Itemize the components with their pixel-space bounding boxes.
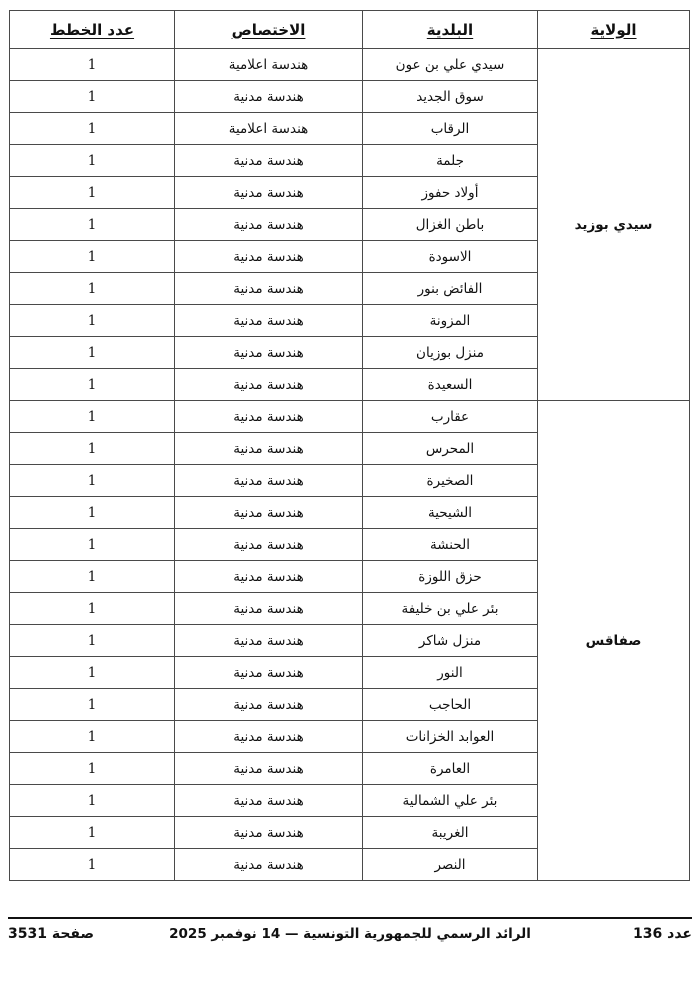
municipality-cell: جلمة: [363, 145, 538, 177]
municipality-cell: الفائض بنور: [363, 273, 538, 305]
specialty-cell: هندسة مدنية: [175, 241, 363, 273]
positions-count-cell: 1: [10, 49, 175, 81]
positions-count-cell: 1: [10, 369, 175, 401]
positions-count-cell: 1: [10, 657, 175, 689]
table-body: سيدي بوزيدسيدي علي بن عونهندسة اعلامية1س…: [10, 49, 690, 881]
positions-count-cell: 1: [10, 433, 175, 465]
municipality-cell: عقارب: [363, 401, 538, 433]
specialty-cell: هندسة مدنية: [175, 593, 363, 625]
municipality-cell: الرقاب: [363, 113, 538, 145]
municipality-cell: سوق الجديد: [363, 81, 538, 113]
municipality-cell: الحنشة: [363, 529, 538, 561]
positions-count-cell: 1: [10, 625, 175, 657]
positions-count-cell: 1: [10, 849, 175, 881]
specialty-cell: هندسة مدنية: [175, 433, 363, 465]
specialty-cell: هندسة مدنية: [175, 401, 363, 433]
journal-title: الرائد الرسمي للجمهورية التونسية — 14 نو…: [148, 926, 552, 942]
positions-count-cell: 1: [10, 785, 175, 817]
positions-count-cell: 1: [10, 401, 175, 433]
specialty-cell: هندسة مدنية: [175, 305, 363, 337]
header-wilaya: الولاية: [538, 11, 690, 49]
positions-count-cell: 1: [10, 529, 175, 561]
positions-table: الولاية البلدية الاختصاص عدد الخطط سيدي …: [9, 10, 690, 881]
positions-count-cell: 1: [10, 113, 175, 145]
header-municipality: البلدية: [363, 11, 538, 49]
specialty-cell: هندسة مدنية: [175, 209, 363, 241]
header-positions: عدد الخطط: [10, 11, 175, 49]
municipality-cell: سيدي علي بن عون: [363, 49, 538, 81]
municipality-cell: الغريبة: [363, 817, 538, 849]
specialty-cell: هندسة اعلامية: [175, 113, 363, 145]
municipality-cell: منزل شاكر: [363, 625, 538, 657]
page-number: صفحة 3531: [8, 926, 148, 942]
municipality-cell: النصر: [363, 849, 538, 881]
municipality-cell: الشيحية: [363, 497, 538, 529]
municipality-cell: حزق اللوزة: [363, 561, 538, 593]
municipality-cell: المحرس: [363, 433, 538, 465]
positions-count-cell: 1: [10, 753, 175, 785]
specialty-cell: هندسة مدنية: [175, 273, 363, 305]
specialty-cell: هندسة مدنية: [175, 689, 363, 721]
specialty-cell: هندسة مدنية: [175, 145, 363, 177]
table-row: صفاقسعقاربهندسة مدنية1: [10, 401, 690, 433]
specialty-cell: هندسة مدنية: [175, 81, 363, 113]
specialty-cell: هندسة مدنية: [175, 177, 363, 209]
specialty-cell: هندسة مدنية: [175, 497, 363, 529]
specialty-cell: هندسة مدنية: [175, 465, 363, 497]
header-specialty: الاختصاص: [175, 11, 363, 49]
specialty-cell: هندسة مدنية: [175, 529, 363, 561]
gazette-page: الولاية البلدية الاختصاص عدد الخطط سيدي …: [0, 0, 700, 986]
specialty-cell: هندسة اعلامية: [175, 49, 363, 81]
municipality-cell: باطن الغزال: [363, 209, 538, 241]
table-row: سيدي بوزيدسيدي علي بن عونهندسة اعلامية1: [10, 49, 690, 81]
specialty-cell: هندسة مدنية: [175, 561, 363, 593]
municipality-cell: النور: [363, 657, 538, 689]
positions-count-cell: 1: [10, 337, 175, 369]
municipality-cell: بئر علي الشمالية: [363, 785, 538, 817]
positions-count-cell: 1: [10, 209, 175, 241]
municipality-cell: المزونة: [363, 305, 538, 337]
municipality-cell: منزل بوزيان: [363, 337, 538, 369]
municipality-cell: الصخيرة: [363, 465, 538, 497]
specialty-cell: هندسة مدنية: [175, 369, 363, 401]
municipality-cell: بئر علي بن خليفة: [363, 593, 538, 625]
wilaya-cell: صفاقس: [538, 401, 690, 881]
issue-number: عدد 136: [552, 926, 692, 942]
municipality-cell: الحاجب: [363, 689, 538, 721]
specialty-cell: هندسة مدنية: [175, 849, 363, 881]
specialty-cell: هندسة مدنية: [175, 625, 363, 657]
municipality-cell: الاسودة: [363, 241, 538, 273]
specialty-cell: هندسة مدنية: [175, 817, 363, 849]
specialty-cell: هندسة مدنية: [175, 785, 363, 817]
positions-count-cell: 1: [10, 721, 175, 753]
positions-count-cell: 1: [10, 81, 175, 113]
specialty-cell: هندسة مدنية: [175, 721, 363, 753]
municipality-cell: العوابد الخزانات: [363, 721, 538, 753]
specialty-cell: هندسة مدنية: [175, 337, 363, 369]
municipality-cell: العامرة: [363, 753, 538, 785]
municipality-cell: أولاد حفوز: [363, 177, 538, 209]
positions-count-cell: 1: [10, 305, 175, 337]
positions-count-cell: 1: [10, 497, 175, 529]
positions-count-cell: 1: [10, 145, 175, 177]
positions-count-cell: 1: [10, 241, 175, 273]
positions-count-cell: 1: [10, 273, 175, 305]
positions-count-cell: 1: [10, 817, 175, 849]
positions-count-cell: 1: [10, 689, 175, 721]
specialty-cell: هندسة مدنية: [175, 657, 363, 689]
page-footer: عدد 136 الرائد الرسمي للجمهورية التونسية…: [8, 917, 692, 942]
positions-count-cell: 1: [10, 177, 175, 209]
positions-count-cell: 1: [10, 593, 175, 625]
specialty-cell: هندسة مدنية: [175, 753, 363, 785]
table-header-row: الولاية البلدية الاختصاص عدد الخطط: [10, 11, 690, 49]
positions-count-cell: 1: [10, 561, 175, 593]
positions-count-cell: 1: [10, 465, 175, 497]
wilaya-cell: سيدي بوزيد: [538, 49, 690, 401]
municipality-cell: السعيدة: [363, 369, 538, 401]
